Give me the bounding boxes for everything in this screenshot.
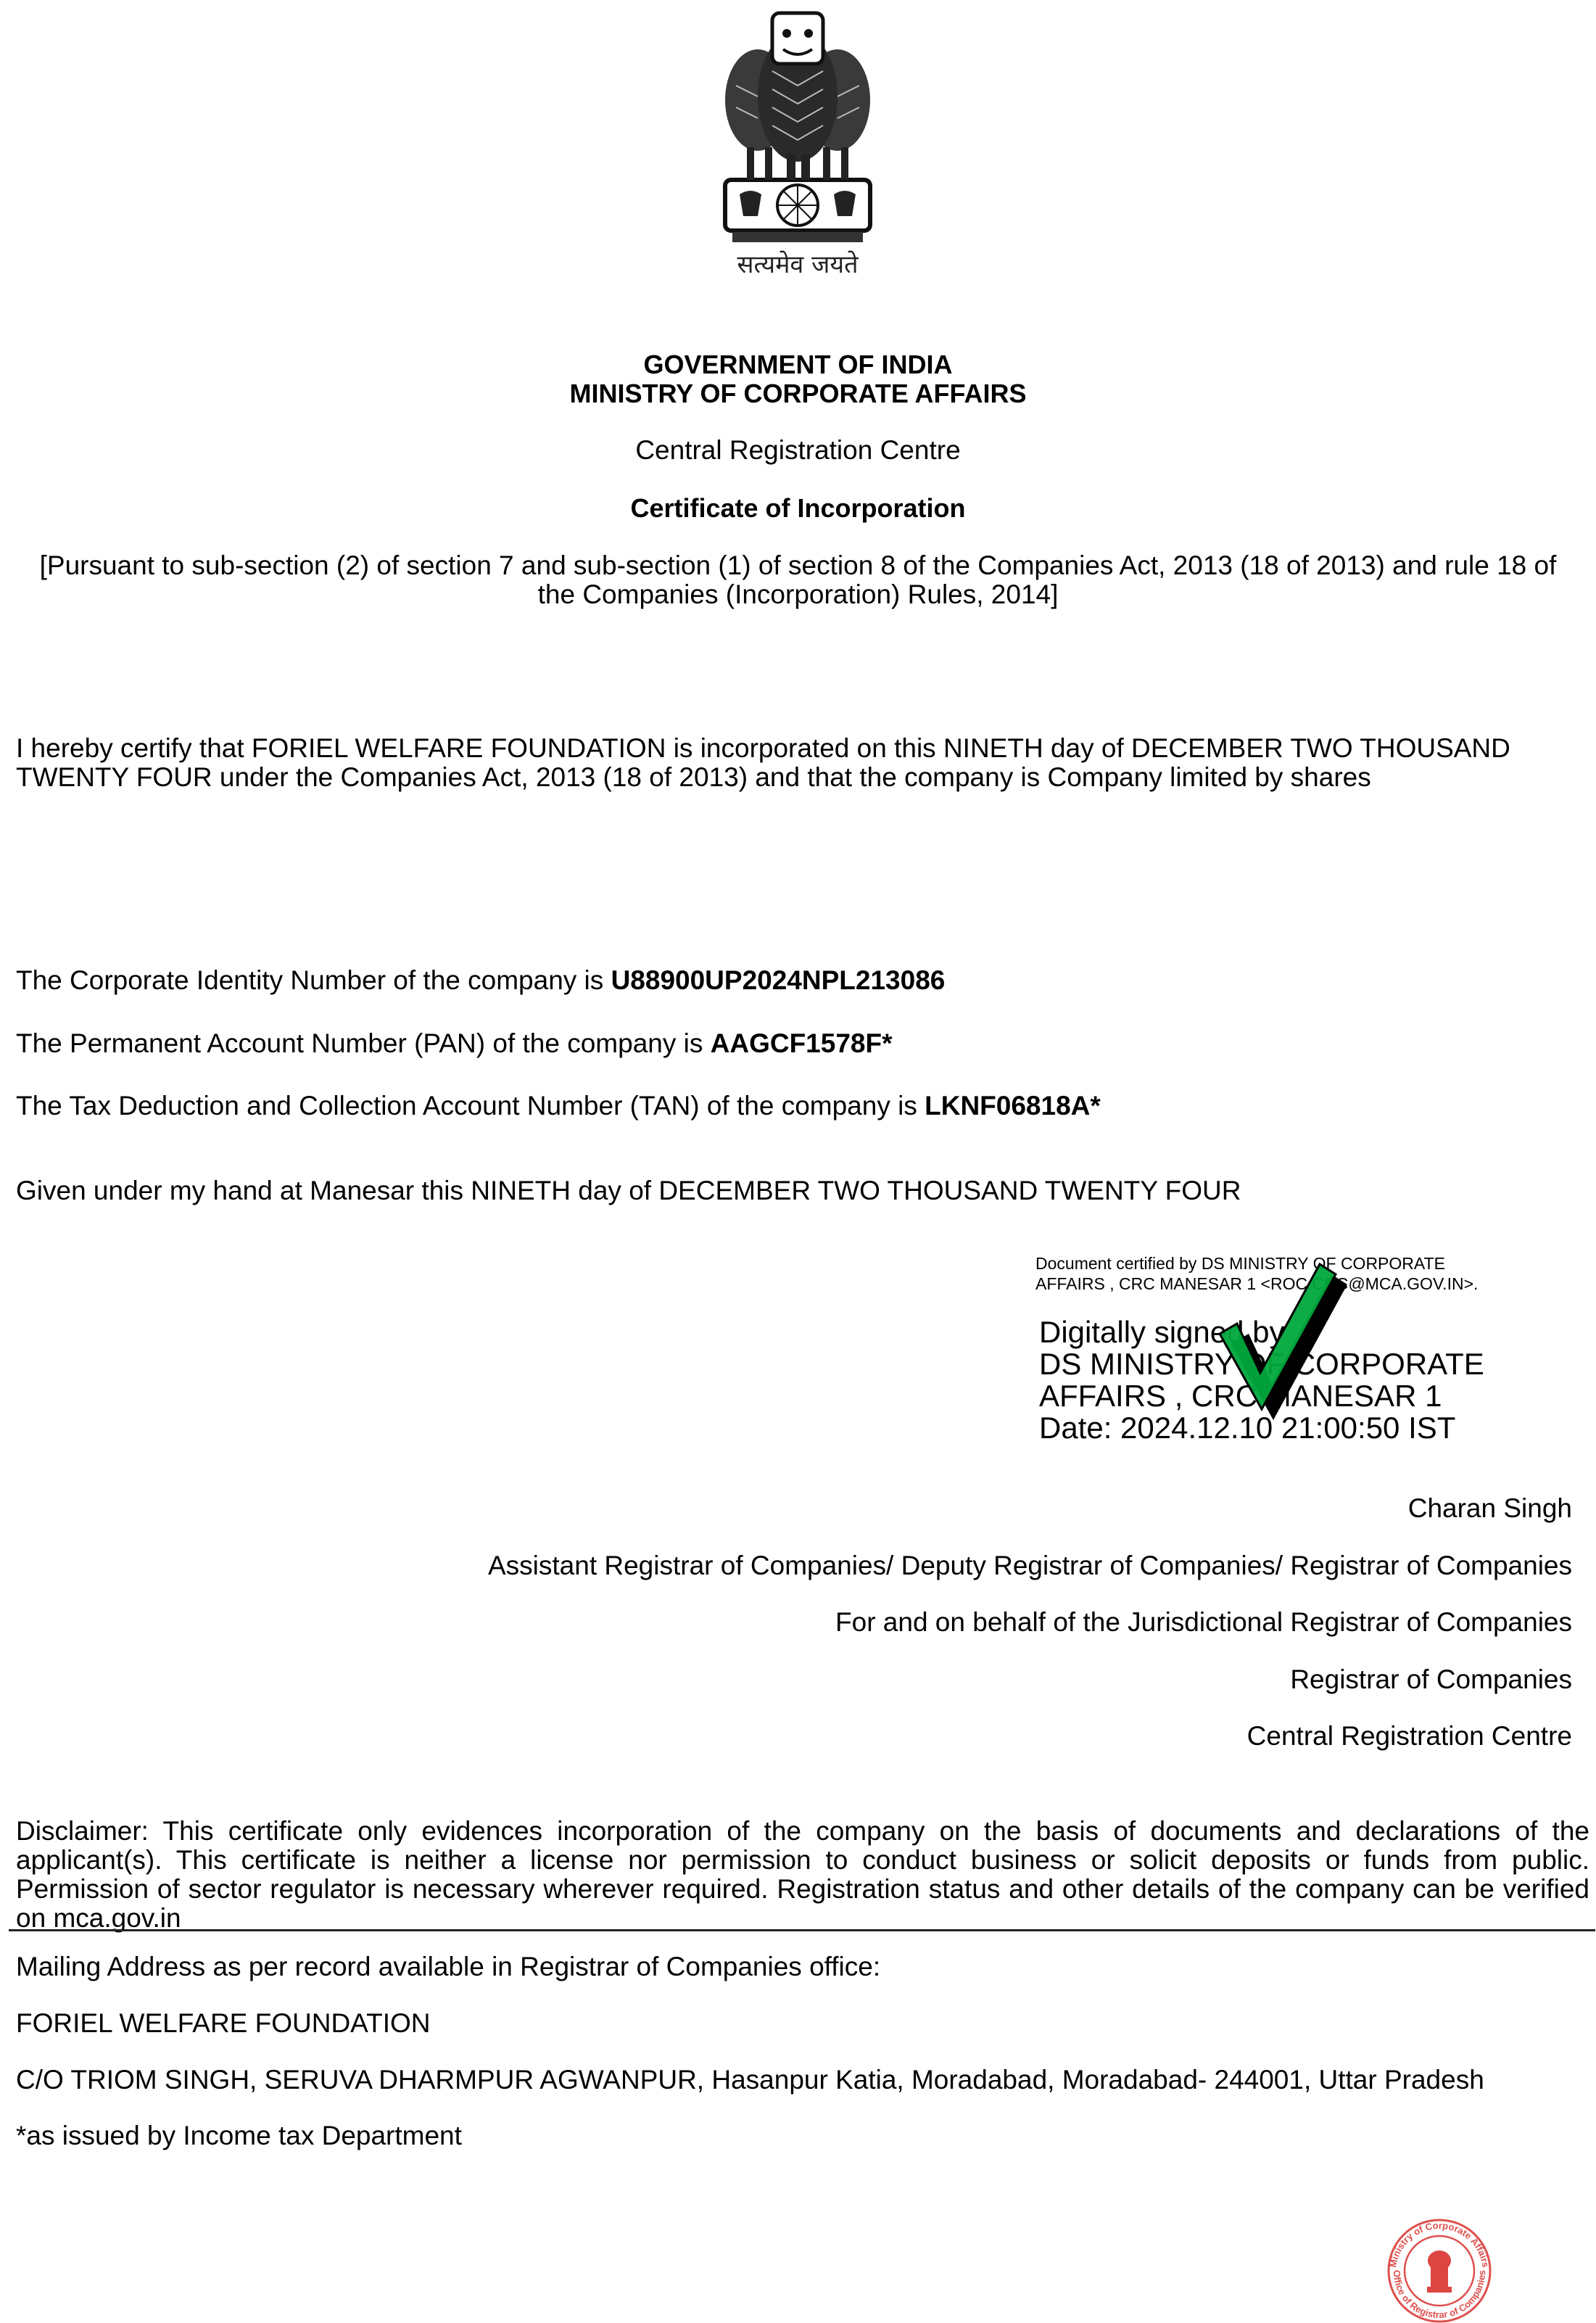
mailing-address-heading: Mailing Address as per record available …	[16, 1952, 1575, 1981]
cin-line: The Corporate Identity Number of the com…	[16, 966, 1575, 995]
document-title: Certificate of Incorporation	[0, 493, 1596, 524]
cin-value: U88900UP2024NPL213086	[611, 965, 946, 995]
divider	[9, 1929, 1595, 1931]
signatory-behalf: For and on behalf of the Jurisdictional …	[122, 1608, 1572, 1637]
roc-seal-icon: Ministry of Corporate Affairs Office of …	[1378, 2216, 1501, 2323]
government-heading: GOVERNMENT OF INDIA	[0, 350, 1596, 380]
signatory-office: Central Registration Centre	[122, 1722, 1572, 1751]
office-name: Central Registration Centre	[0, 436, 1596, 465]
mca-link[interactable]: mca.gov.in	[53, 1903, 181, 1933]
disclaimer-text: Disclaimer: This certificate only eviden…	[16, 1816, 1589, 1933]
mailing-company-name: FORIEL WELFARE FOUNDATION	[16, 2009, 1575, 2038]
tan-line: The Tax Deduction and Collection Account…	[16, 1092, 1575, 1121]
ministry-heading: MINISTRY OF CORPORATE AFFAIRS	[0, 379, 1596, 409]
signatory-roc: Registrar of Companies	[122, 1665, 1572, 1694]
pan-tan-footnote: *as issued by Income tax Department	[16, 2121, 1575, 2150]
tan-value: LKNF06818A*	[925, 1091, 1101, 1121]
emblem-motto: सत्यमेव जयते	[696, 247, 899, 280]
pan-line: The Permanent Account Number (PAN) of th…	[16, 1029, 1575, 1058]
signatory-name: Charan Singh	[122, 1494, 1572, 1523]
certification-statement: I hereby certify that FORIEL WELFARE FOU…	[16, 734, 1575, 792]
cin-label: The Corporate Identity Number of the com…	[16, 965, 611, 995]
pan-value: AAGCF1578F*	[711, 1028, 893, 1058]
given-under-hand: Given under my hand at Manesar this NINE…	[16, 1176, 1575, 1205]
tan-label: The Tax Deduction and Collection Account…	[16, 1091, 925, 1121]
national-emblem-icon	[714, 6, 881, 245]
pan-label: The Permanent Account Number (PAN) of th…	[16, 1028, 711, 1058]
disclaimer: Disclaimer: This certificate only eviden…	[16, 1817, 1589, 1933]
signatory-title: Assistant Registrar of Companies/ Deputy…	[122, 1551, 1572, 1580]
legal-basis: [Pursuant to sub-section (2) of section …	[29, 551, 1567, 609]
valid-signature-check-icon	[1204, 1258, 1349, 1425]
mailing-address: C/O TRIOM SINGH, SERUVA DHARMPUR AGWANPU…	[16, 2066, 1575, 2095]
